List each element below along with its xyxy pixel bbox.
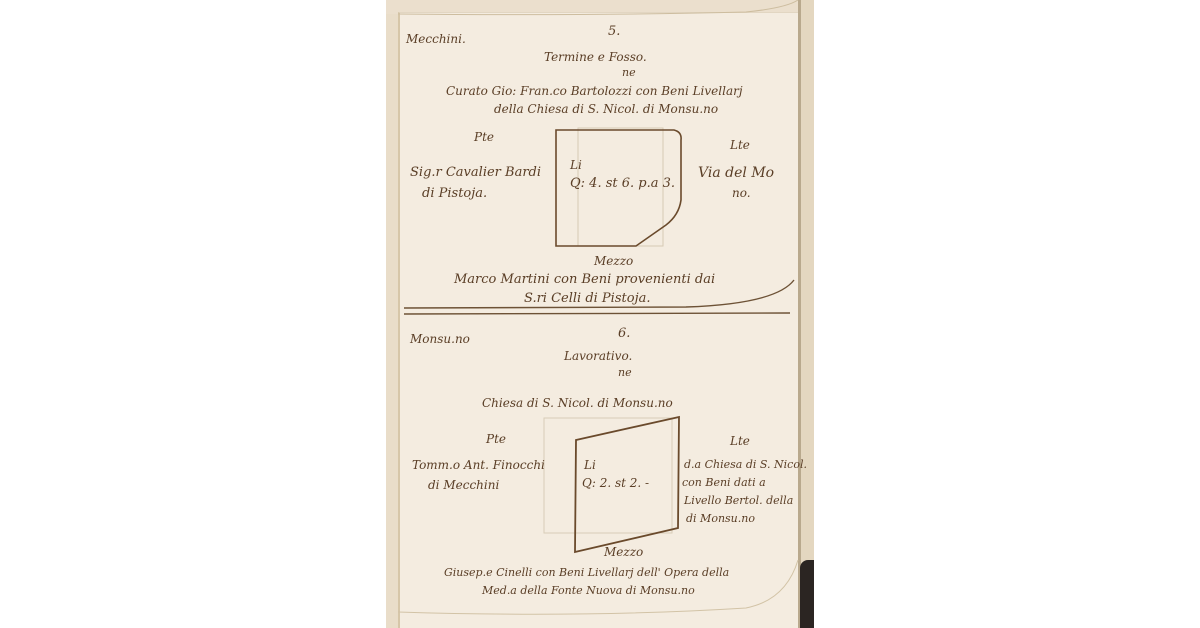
entry-6-margin-place: Monsu.no: [410, 332, 470, 346]
entry-6-south-owner-1: Giusep.e Cinelli con Beni Livellarj dell…: [444, 566, 729, 579]
entry-5-north-owner-1: Curato Gio: Fran.co Bartolozzi con Beni …: [446, 84, 743, 98]
entry-5-title: Termine e Fosso.: [544, 50, 647, 64]
entry-5-north-owner-2: della Chiesa di S. Nicol. di Monsu.no: [494, 102, 718, 116]
entry-6-east-owner-3: Livello Bertol. della: [684, 494, 793, 507]
plot-6-measure: Q: 2. st 2. -: [582, 476, 649, 490]
plot-6-label: Li: [584, 458, 596, 472]
entry-6-south-owner-2: Med.a della Fonte Nuova di Monsu.no: [482, 584, 695, 597]
entry-5-east-label: Lte: [730, 138, 750, 152]
entry-6-west-label: Pte: [486, 432, 506, 446]
entry-5-margin-place: Mecchini.: [406, 32, 466, 46]
entry-6-east-owner-1: d.a Chiesa di S. Nicol.: [684, 458, 807, 471]
entry-6-east-owner-2: con Beni dati a: [682, 476, 766, 489]
manuscript-scan: Mecchini. 5. Termine e Fosso. ne Curato …: [386, 0, 814, 628]
entry-5-north-label: ne: [622, 66, 636, 79]
entry-6-east-owner-4: di Monsu.no: [686, 512, 755, 525]
entry-6-title: Lavorativo.: [564, 349, 632, 363]
entry-6-east-label: Lte: [730, 434, 750, 448]
entry-5-number: 5.: [608, 24, 620, 39]
entry-5-east-owner-1: Via del Mo: [698, 165, 774, 181]
plot-5-measure: Q: 4. st 6. p.a 3.: [570, 176, 675, 191]
entry-5-east-owner-2: no.: [732, 186, 751, 200]
entry-5-south-owner-2: S.ri Celli di Pistoja.: [524, 291, 650, 306]
entry-6-number: 6.: [618, 326, 630, 341]
entry-5-west-owner-2: di Pistoja.: [422, 186, 487, 201]
entry-5-west-label: Pte: [474, 130, 494, 144]
plot-5-label: Li: [570, 158, 582, 172]
entry-6-south-label: Mezzo: [604, 545, 643, 559]
entry-5-west-owner-1: Sig.r Cavalier Bardi: [410, 165, 541, 180]
entry-6-west-owner-2: di Mecchini: [428, 478, 499, 492]
entry-6-north-label: ne: [618, 366, 632, 379]
entry-6-west-owner-1: Tomm.o Ant. Finocchi: [412, 458, 545, 472]
entry-6-north-owner-1: Chiesa di S. Nicol. di Monsu.no: [482, 396, 673, 410]
entry-5-south-owner-1: Marco Martini con Beni provenienti dai: [454, 272, 715, 287]
entry-5-south-label: Mezzo: [594, 254, 633, 268]
